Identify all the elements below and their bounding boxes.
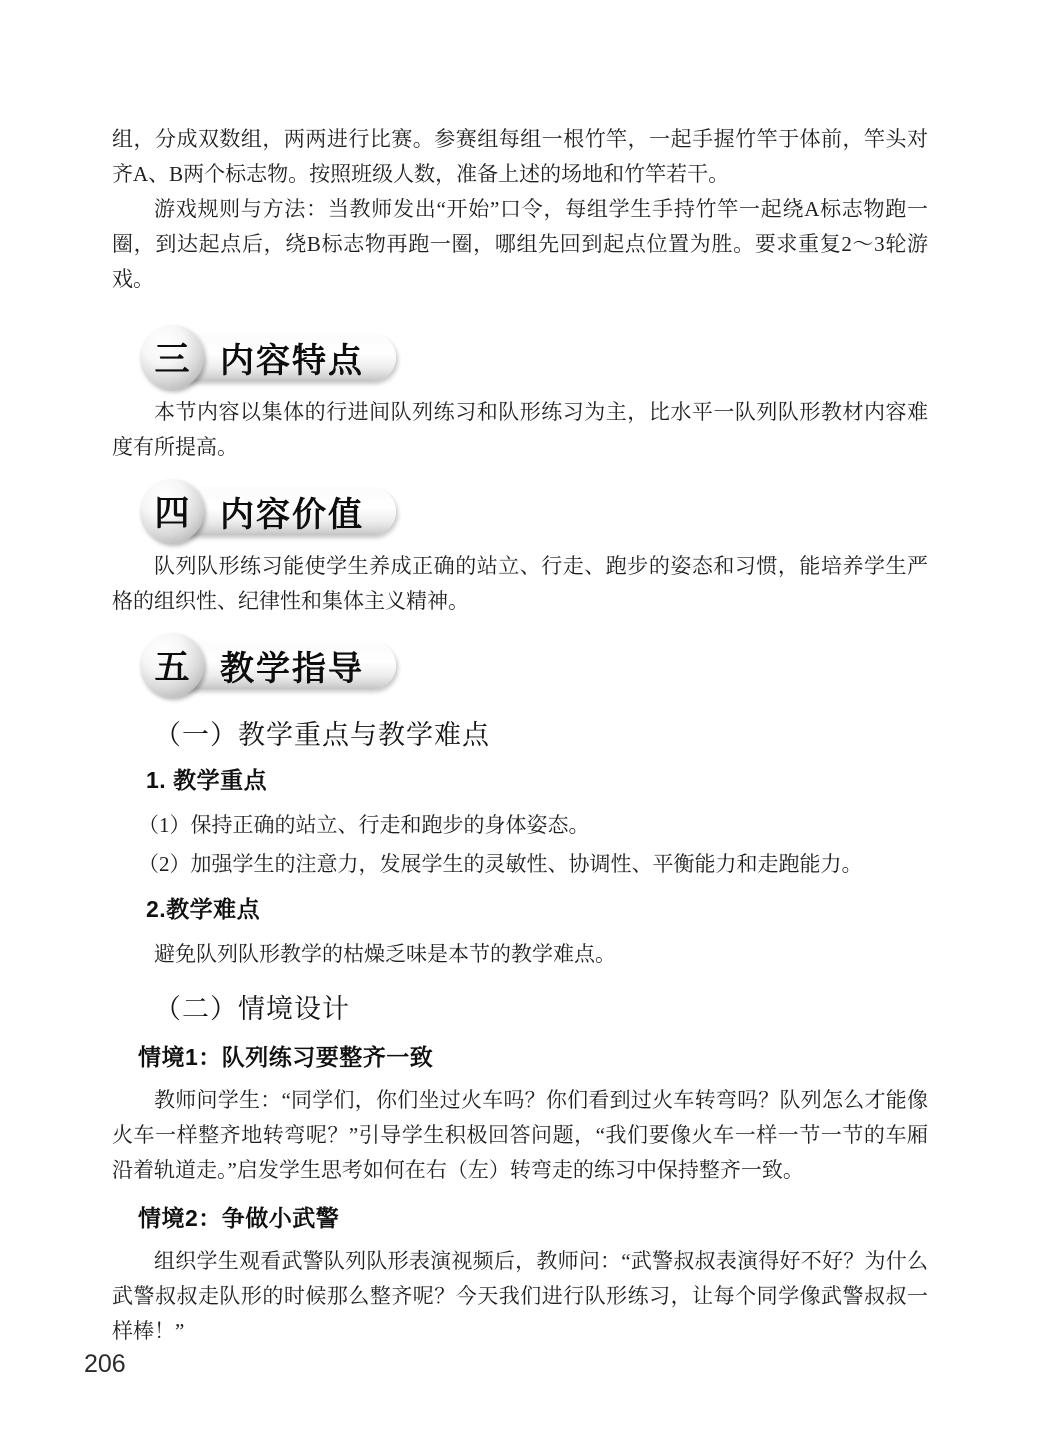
intro-paragraph-continued: 组，分成双数组，两两进行比赛。参赛组每组一根竹竿，一起手握竹竿于体前，竿头对齐A… — [112, 122, 928, 192]
section-3-number-circle: 三 — [140, 325, 204, 389]
section-5-title: 教学指导 — [220, 641, 364, 690]
scenario-1-heading: 情境1：队列练习要整齐一致 — [138, 1041, 928, 1073]
section-5-number-circle: 五 — [140, 633, 204, 697]
point-heading-teaching-difficulty: 2.教学难点 — [146, 893, 928, 925]
scenario-1-body: 教师问学生：“同学们，你们坐过火车吗？你们看到过火车转弯吗？队列怎么才能像火车一… — [112, 1083, 928, 1188]
teaching-difficulty-body: 避免队列队形教学的枯燥乏味是本节的教学难点。 — [112, 937, 928, 972]
teaching-focus-item-1: （1）保持正确的站立、行走和跑步的身体姿态。 — [112, 808, 928, 843]
point-heading-teaching-focus: 1. 教学重点 — [146, 764, 928, 796]
page-content: 组，分成双数组，两两进行比赛。参赛组每组一根竹竿，一起手握竹竿于体前，竿头对齐A… — [0, 0, 1038, 1349]
section-4-body: 队列队形练习能使学生养成正确的站立、行走、跑步的姿态和习惯，能培养学生严格的组织… — [112, 549, 928, 619]
document-page: 组，分成双数组，两两进行比赛。参赛组每组一根竹竿，一起手握竹竿于体前，竿头对齐A… — [0, 0, 1038, 1452]
subsection-heading-key-points: （一）教学重点与教学难点 — [154, 717, 928, 753]
subsection-heading-scenario-design: （二）情境设计 — [154, 991, 928, 1027]
section-4-number: 四 — [154, 486, 189, 536]
section-3-number: 三 — [154, 332, 189, 382]
page-number: 206 — [84, 1350, 126, 1379]
section-badge-5: 五 教学指导 — [140, 632, 928, 698]
section-3-body: 本节内容以集体的行进间队列练习和队形练习为主，比水平一队列队形教材内容难度有所提… — [112, 395, 928, 465]
teaching-focus-item-2: （2）加强学生的注意力，发展学生的灵敏性、协调性、平衡能力和走跑能力。 — [112, 847, 928, 882]
section-5-number: 五 — [154, 640, 189, 690]
intro-paragraph-rules: 游戏规则与方法：当教师发出“开始”口令，每组学生手持竹竿一起绕A标志物跑一圈，到… — [112, 192, 928, 297]
section-badge-3: 三 内容特点 — [140, 324, 928, 390]
section-badge-4: 四 内容价值 — [140, 478, 928, 544]
section-4-number-circle: 四 — [140, 479, 204, 543]
scenario-2-heading: 情境2：争做小武警 — [138, 1202, 928, 1234]
section-3-title: 内容特点 — [220, 333, 364, 382]
scenario-2-body: 组织学生观看武警队列队形表演视频后，教师问：“武警叔叔表演得好不好？为什么武警叔… — [112, 1244, 928, 1349]
section-4-title: 内容价值 — [220, 487, 364, 536]
